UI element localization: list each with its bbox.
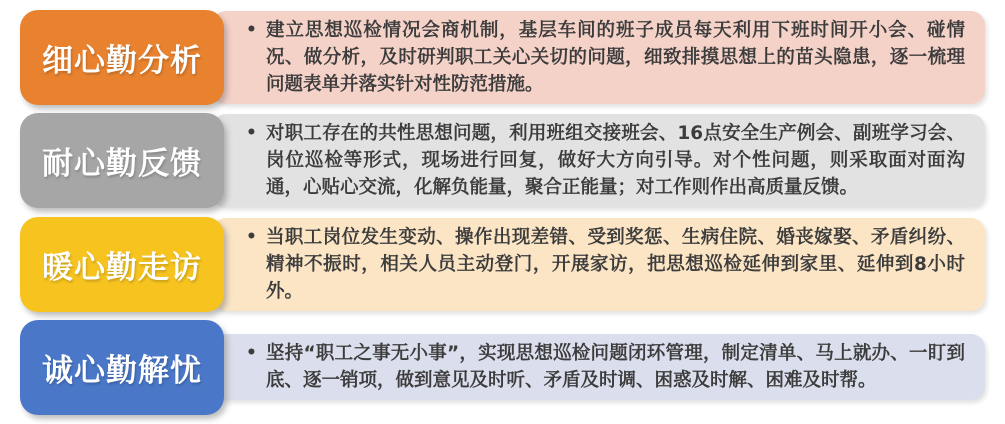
category-label-feedback: 耐心勤反馈 — [20, 113, 224, 208]
description-panel-analysis: • 建立思想巡检情况会商机制，基层车间的班子成员每天利用下班时间开小会、碰情况、… — [212, 11, 985, 104]
row-feedback: 耐心勤反馈 • 对职工存在的共性思想问题，利用班组交接班会、16点安全生产例会、… — [20, 113, 985, 208]
bullet-icon: • — [246, 120, 266, 147]
category-label-visits: 暖心勤走访 — [20, 217, 224, 312]
infographic-canvas: 细心勤分析 • 建立思想巡检情况会商机制，基层车间的班子成员每天利用下班时间开小… — [0, 0, 1005, 424]
description-text-worry-solving: 坚持“职工之事无小事”，实现思想巡检问题闭环管理，制定清单、马上就办、一盯到底、… — [266, 340, 965, 394]
bullet-icon: • — [246, 340, 266, 367]
description-panel-worry-solving: • 坚持“职工之事无小事”，实现思想巡检问题闭环管理，制定清单、马上就办、一盯到… — [212, 334, 985, 400]
category-label-worry-solving: 诚心勤解忧 — [20, 320, 224, 415]
bullet-icon: • — [246, 17, 266, 44]
row-analysis: 细心勤分析 • 建立思想巡检情况会商机制，基层车间的班子成员每天利用下班时间开小… — [20, 10, 985, 105]
description-panel-visits: • 当职工岗位发生变动、操作出现差错、受到奖惩、生病住院、婚丧嫁娶、矛盾纠纷、精… — [212, 218, 985, 311]
row-visits: 暖心勤走访 • 当职工岗位发生变动、操作出现差错、受到奖惩、生病住院、婚丧嫁娶、… — [20, 217, 985, 312]
category-label-analysis: 细心勤分析 — [20, 10, 224, 105]
row-worry-solving: 诚心勤解忧 • 坚持“职工之事无小事”，实现思想巡检问题闭环管理，制定清单、马上… — [20, 320, 985, 415]
description-panel-feedback: • 对职工存在的共性思想问题，利用班组交接班会、16点安全生产例会、副班学习会、… — [212, 114, 985, 207]
description-text-feedback: 对职工存在的共性思想问题，利用班组交接班会、16点安全生产例会、副班学习会、岗位… — [266, 120, 965, 201]
description-text-analysis: 建立思想巡检情况会商机制，基层车间的班子成员每天利用下班时间开小会、碰情况、做分… — [266, 17, 965, 98]
bullet-icon: • — [246, 224, 266, 251]
description-text-visits: 当职工岗位发生变动、操作出现差错、受到奖惩、生病住院、婚丧嫁娶、矛盾纠纷、精神不… — [266, 224, 965, 305]
